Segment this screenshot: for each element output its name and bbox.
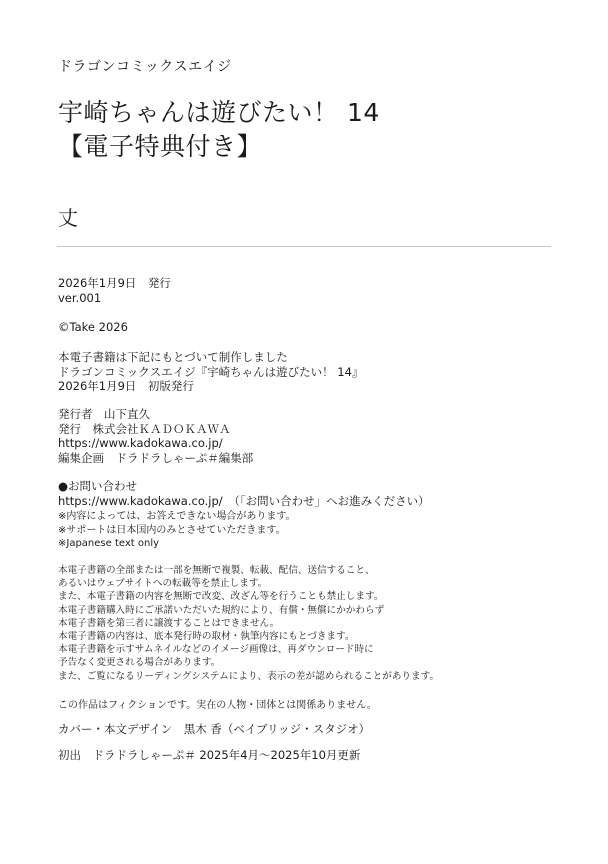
version: ver.001 xyxy=(58,291,171,306)
publisher-person: 発行者 山下直久 xyxy=(58,407,253,422)
divider xyxy=(57,246,551,247)
publication-date: 2026年1月9日 発行 xyxy=(58,276,171,291)
book-title-edition: 【電子特典付き】 xyxy=(58,130,380,164)
author-name: 丈 xyxy=(58,202,78,231)
source-info: 本電子書籍は下記にもとづいて制作しました ドラゴンコミックスエイジ『宇崎ちゃんは… xyxy=(58,350,363,394)
notice-line: 予告なく変更される場合があります。 xyxy=(58,656,439,669)
publisher-url[interactable]: https://www.kadokawa.co.jp/ xyxy=(58,436,253,451)
source-line: 2026年1月9日 初版発行 xyxy=(58,379,363,394)
notice-line: 本電子書籍を示すサムネイルなどのイメージ画像は、再ダウンロード時に xyxy=(58,643,439,656)
source-line: 本電子書籍は下記にもとづいて制作しました xyxy=(58,350,363,365)
notice-line: 本電子書籍を第三者に譲渡することはできません。 xyxy=(58,617,439,630)
notice-line: また、本電子書籍の内容を無断で改変、改ざん等を行うことも禁止します。 xyxy=(58,590,439,603)
contact-heading: ●お問い合わせ xyxy=(58,479,430,494)
notice-line: また、ご覧になるリーディングシステムにより、表示の差が認められることがあります。 xyxy=(58,670,439,683)
publication-info: 2026年1月9日 発行 ver.001 xyxy=(58,276,171,305)
copyright: ©Take 2026 xyxy=(58,320,128,335)
first-published: 初出 ドラドラしゃーぷ＃ 2025年4月～2025年10月更新 xyxy=(58,747,360,763)
notice-line: 本電子書籍の内容は、底本発行時の取材・執筆内容にもとづきます。 xyxy=(58,630,439,643)
notice-line: 本電子書籍の全部または一部を無断で複製、転載、配信、送信すること、 xyxy=(58,564,439,577)
notice-line: 本電子書籍購入時にご承諾いただいた規約により、有償・無償にかかわらず xyxy=(58,604,439,617)
fiction-disclaimer: この作品はフィクションです。実在の人物・団体とは関係ありません。 xyxy=(58,696,377,711)
publisher-info: 発行者 山下直久 発行 株式会社ＫＡＤＯＫＡＷＡ https://www.kad… xyxy=(58,407,253,465)
legal-notice: 本電子書籍の全部または一部を無断で複製、転載、配信、送信すること、 あるいはウェ… xyxy=(58,564,439,683)
contact-notes: ※内容によっては、お答えできない場合があります。 ※サポートは日本国内のみとさせ… xyxy=(58,510,296,551)
contact-note: ※Japanese text only xyxy=(58,537,296,551)
contact-section: ●お問い合わせ https://www.kadokawa.co.jp/ （「お問… xyxy=(58,479,430,508)
imprint-label: ドラゴンコミックスエイジ xyxy=(58,56,232,76)
editorial-dept: 編集企画 ドラドラしゃーぷ＃編集部 xyxy=(58,451,253,466)
design-credit: カバー・本文デザイン 黒木 香（ベイブリッジ・スタジオ） xyxy=(58,721,370,737)
notice-line: あるいはウェブサイトへの転載等を禁止します。 xyxy=(58,577,439,590)
contact-note: ※内容によっては、お答えできない場合があります。 xyxy=(58,510,296,524)
book-title: 宇崎ちゃんは遊びたい！ 14 【電子特典付き】 xyxy=(58,96,380,164)
publisher-company: 発行 株式会社ＫＡＤＯＫＡＷＡ xyxy=(58,422,253,437)
contact-note: ※サポートは日本国内のみとさせていただきます。 xyxy=(58,524,296,538)
source-line: ドラゴンコミックスエイジ『宇崎ちゃんは遊びたい！ 14』 xyxy=(58,365,363,380)
book-title-main: 宇崎ちゃんは遊びたい！ 14 xyxy=(58,96,380,130)
contact-url[interactable]: https://www.kadokawa.co.jp/ （「お問い合わせ」へお進… xyxy=(58,494,430,509)
colophon-page: ドラゴンコミックスエイジ 宇崎ちゃんは遊びたい！ 14 【電子特典付き】 丈 2… xyxy=(0,0,608,864)
